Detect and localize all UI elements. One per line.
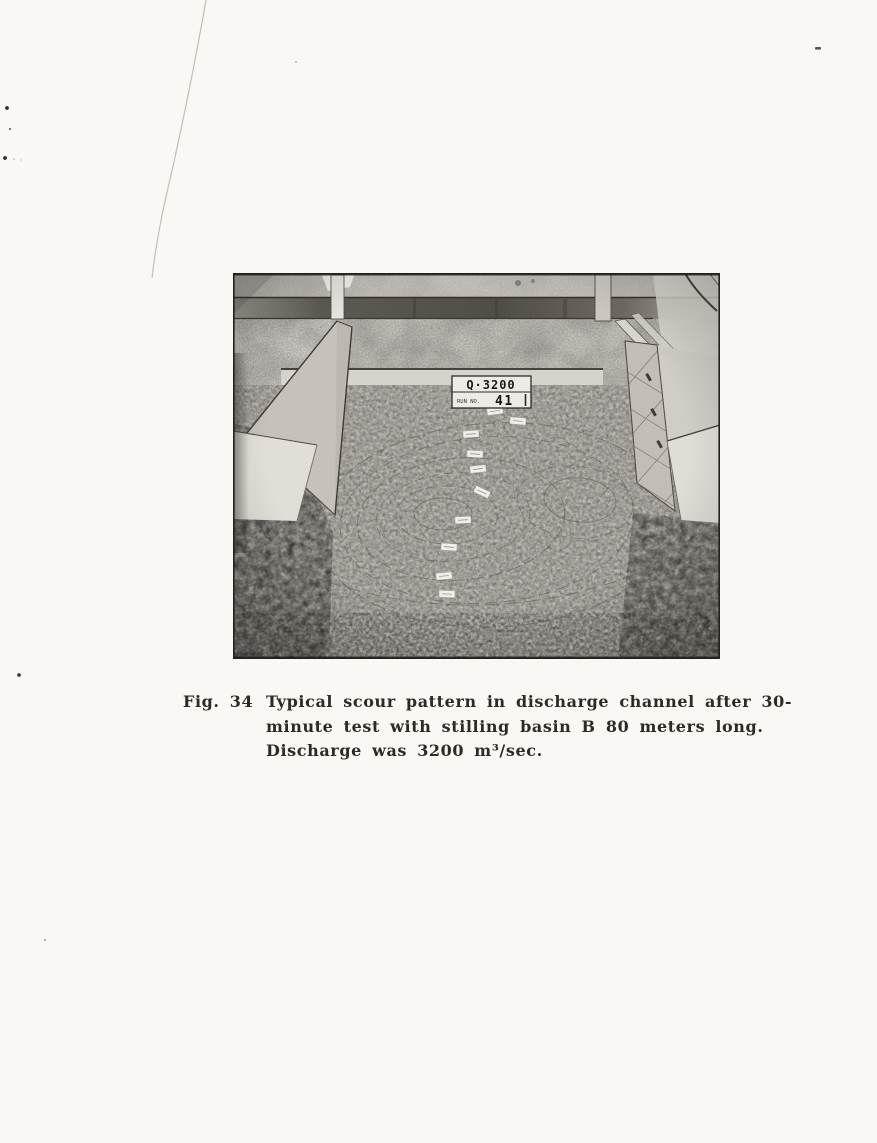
- caption-line-2: minute test with stilling basin B 80 met…: [266, 715, 792, 740]
- caption-line-3: Discharge was 3200 m³/sec.: [266, 739, 792, 764]
- figure-label: Fig. 34: [183, 690, 249, 715]
- paper-crease-line: [152, 0, 206, 278]
- figure-photo: Q·3200 RUN NO. 41: [233, 273, 720, 659]
- caption-text: Typical scour pattern in discharge chann…: [266, 690, 792, 764]
- caption-line-1: Typical scour pattern in discharge chann…: [266, 690, 792, 715]
- vignette: [233, 273, 720, 659]
- scour-photo: Q·3200 RUN NO. 41: [233, 273, 720, 659]
- document-page: Q·3200 RUN NO. 41 Fig. 34 Typical scour: [0, 0, 877, 1143]
- figure-caption: Fig. 34 Typical scour pattern in dischar…: [183, 690, 792, 764]
